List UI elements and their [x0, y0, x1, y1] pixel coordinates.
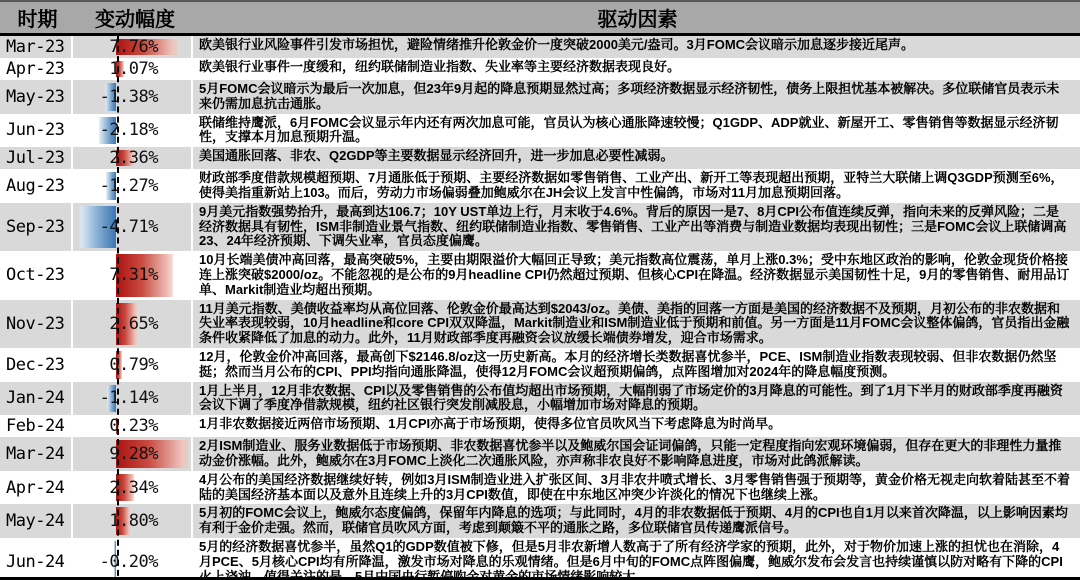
- driver-text: 5月的经济数据喜忧参半，虽然Q1的GDP数值被下修，但是5月非农新增人数高于了所…: [193, 538, 1080, 580]
- change-cell: 7.76%: [73, 36, 193, 58]
- table-row: Oct-23 7.31% 10月长端美债冲高回落，最高突破5%，主要由期限溢价大…: [0, 251, 1080, 299]
- period-cell: Aug-23: [0, 169, 73, 203]
- change-value: -0.20%: [100, 552, 158, 572]
- change-cell: -1.14%: [73, 382, 193, 416]
- header-driver: 驱动因素: [195, 3, 1080, 32]
- table-header-row: 时期 变动幅度 驱动因素: [0, 2, 1080, 36]
- period-cell: Mar-24: [0, 437, 73, 471]
- table-row: Jul-23 2.36% 美国通胀回落、非农、Q2GDP等主要数据显示经济回升，…: [0, 147, 1080, 169]
- table-row: Sep-23 -4.71% 9月美元指数强势抬升，最高到达106.7；10Y U…: [0, 203, 1080, 251]
- period-cell: Apr-23: [0, 58, 73, 80]
- period-cell: Jul-23: [0, 147, 73, 169]
- change-value: -2.18%: [100, 120, 158, 140]
- table-body: Mar-23 7.76% 欧美银行业风险事件引发市场担忧，避险情绪推升伦敦金价一…: [0, 36, 1080, 580]
- change-cell: 1.07%: [73, 58, 193, 80]
- change-value: 1.80%: [109, 511, 158, 531]
- table-row: Nov-23 2.65% 11月美元指数、美债收益率均从高位回落、伦敦金价最高达…: [0, 300, 1080, 348]
- driver-text: 联储维持鹰派，6月FOMC会议显示年内还有两次加息可能，官员认为核心通胀降速较慢…: [193, 114, 1080, 148]
- period-cell: May-23: [0, 80, 73, 114]
- period-cell: Nov-23: [0, 300, 73, 348]
- driver-text: 1月非农数据接近两倍市场预期、1月CPI亦高于市场预期，使得多位官员吹风当下考虑…: [193, 415, 1080, 437]
- table-row: Jan-24 -1.14% 1月上半月，12月非农数据、CPI以及零售销售的公布…: [0, 382, 1080, 416]
- period-cell: Oct-23: [0, 251, 73, 299]
- table-row: Mar-23 7.76% 欧美银行业风险事件引发市场担忧，避险情绪推升伦敦金价一…: [0, 36, 1080, 58]
- period-cell: Apr-24: [0, 471, 73, 505]
- change-value: 7.31%: [109, 265, 158, 285]
- table-row: Aug-23 -1.27% 财政部季度借款规模超预期、7月通胀低于预期、主要经济…: [0, 169, 1080, 203]
- driver-text: 10月长端美债冲高回落，最高突破5%，主要由期限溢价大幅回正导致；美元指数高位震…: [193, 251, 1080, 299]
- change-value: 0.23%: [109, 416, 158, 436]
- table-row: Feb-24 0.23% 1月非农数据接近两倍市场预期、1月CPI亦高于市场预期…: [0, 415, 1080, 437]
- change-value: -1.27%: [100, 176, 158, 196]
- change-value: -4.71%: [100, 217, 158, 237]
- change-cell: -2.18%: [73, 114, 193, 148]
- change-value: 7.76%: [109, 37, 158, 57]
- monthly-gold-drivers-table: 时期 变动幅度 驱动因素 Mar-23 7.76% 欧美银行业风险事件引发市场担…: [0, 0, 1080, 580]
- table-row: May-24 1.80% 5月初的FOMC会议上，鲍威尔态度偏鸽，保留年内降息的…: [0, 504, 1080, 538]
- driver-text: 2月ISM制造业、服务业数据低于市场预期、非农数据喜忧参半以及鲍威尔国会证词偏鸽…: [193, 437, 1080, 471]
- table-row: May-23 -1.38% 5月FOMC会议暗示为最后一次加息，但23年9月起的…: [0, 80, 1080, 114]
- header-period: 时期: [0, 3, 75, 32]
- period-cell: Jan-24: [0, 382, 73, 416]
- change-value: 9.28%: [109, 444, 158, 464]
- change-value: -1.38%: [100, 87, 158, 107]
- change-value: 2.65%: [109, 314, 158, 334]
- table-row: Mar-24 9.28% 2月ISM制造业、服务业数据低于市场预期、非农数据喜忧…: [0, 437, 1080, 471]
- table-row: Jun-24 -0.20% 5月的经济数据喜忧参半，虽然Q1的GDP数值被下修，…: [0, 538, 1080, 580]
- driver-text: 财政部季度借款规模超预期、7月通胀低于预期、主要经济数据如零售销售、工业产出、新…: [193, 169, 1080, 203]
- period-cell: Mar-23: [0, 36, 73, 58]
- period-cell: May-24: [0, 504, 73, 538]
- driver-text: 欧美银行业事件一度缓和，纽约联储制造业指数、失业率等主要经济数据表现良好。: [193, 58, 1080, 80]
- driver-text: 欧美银行业风险事件引发市场担忧，避险情绪推升伦敦金价一度突破2000美元/盎司。…: [193, 36, 1080, 58]
- period-cell: Jun-24: [0, 538, 73, 580]
- table-row: Apr-23 1.07% 欧美银行业事件一度缓和，纽约联储制造业指数、失业率等主…: [0, 58, 1080, 80]
- change-cell: -1.38%: [73, 80, 193, 114]
- change-value: 2.34%: [109, 478, 158, 498]
- change-cell: 9.28%: [73, 437, 193, 471]
- change-cell: 7.31%: [73, 251, 193, 299]
- change-cell: 0.79%: [73, 348, 193, 382]
- period-cell: Jun-23: [0, 114, 73, 148]
- change-cell: -1.27%: [73, 169, 193, 203]
- table-row: Jun-23 -2.18% 联储维持鹰派，6月FOMC会议显示年内还有两次加息可…: [0, 114, 1080, 148]
- change-value: 2.36%: [109, 148, 158, 168]
- driver-text: 12月，伦敦金价冲高回落，最高创下$2146.8/oz这一历史新高。本月的经济增…: [193, 348, 1080, 382]
- driver-text: 9月美元指数强势抬升，最高到达106.7；10Y UST单边上行，月末收于4.6…: [193, 203, 1080, 251]
- change-cell: 2.36%: [73, 147, 193, 169]
- period-cell: Dec-23: [0, 348, 73, 382]
- change-value: 0.79%: [109, 355, 158, 375]
- driver-text: 5月初的FOMC会议上，鲍威尔态度偏鸽，保留年内降息的选项；与此同时，4月的非农…: [193, 504, 1080, 538]
- change-cell: -4.71%: [73, 203, 193, 251]
- change-cell: 2.65%: [73, 300, 193, 348]
- header-change: 变动幅度: [75, 3, 195, 32]
- table-row: Dec-23 0.79% 12月，伦敦金价冲高回落，最高创下$2146.8/oz…: [0, 348, 1080, 382]
- driver-text: 4月公布的美国经济数据继续好转，例如3月ISM制造业进入扩张区间、3月非农井喷式…: [193, 471, 1080, 505]
- change-cell: 1.80%: [73, 504, 193, 538]
- table-row: Apr-24 2.34% 4月公布的美国经济数据继续好转，例如3月ISM制造业进…: [0, 471, 1080, 505]
- change-value: -1.14%: [100, 388, 158, 408]
- driver-text: 5月FOMC会议暗示为最后一次加息，但23年9月起的降息预期显然过高；多项经济数…: [193, 80, 1080, 114]
- period-cell: Sep-23: [0, 203, 73, 251]
- period-cell: Feb-24: [0, 415, 73, 437]
- change-cell: 2.34%: [73, 471, 193, 505]
- driver-text: 1月上半月，12月非农数据、CPI以及零售销售的公布值均超出市场预期，大幅削弱了…: [193, 382, 1080, 416]
- driver-text: 美国通胀回落、非农、Q2GDP等主要数据显示经济回升，进一步加息必要性减弱。: [193, 147, 1080, 169]
- driver-text: 11月美元指数、美债收益率均从高位回落、伦敦金价最高达到$2043/oz。美债、…: [193, 300, 1080, 348]
- change-value: 1.07%: [109, 59, 158, 79]
- change-cell: -0.20%: [73, 538, 193, 580]
- change-cell: 0.23%: [73, 415, 193, 437]
